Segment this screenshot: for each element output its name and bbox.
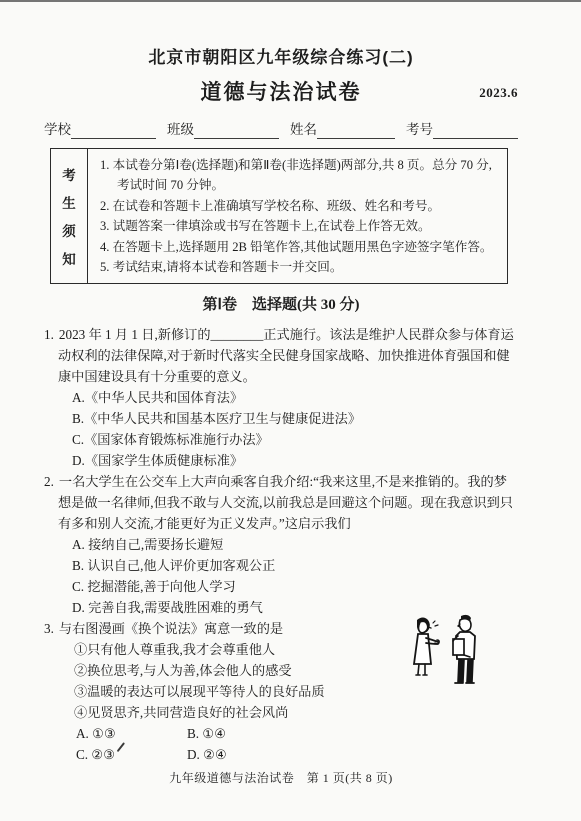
man-head	[459, 619, 471, 632]
question-2-options: A. 接纳自己,需要扬长避短 B. 认识自己,他人评价更加客观公正 C. 挖掘潜…	[72, 534, 518, 618]
page-footer: 九年级道德与法治试卷 第 1 页(共 8 页)	[44, 769, 518, 786]
question-stem-text: 2023 年 1 月 1 日,新修订的________正式施行。该法是维护人民群…	[58, 327, 514, 384]
choice-a: A. ①③	[76, 723, 187, 744]
notice-item: 4. 在答题卡上,选择题用 2B 铅笔作答,其他试题用黑色字迹签字笔作答。	[100, 237, 497, 257]
notice-items: 1. 本试卷分第Ⅰ卷(选择题)和第Ⅱ卷(非选择题)两部分,共 8 页。总分 70…	[88, 149, 507, 283]
section-title: 第Ⅰ卷 选择题(共 30 分)	[44, 296, 518, 315]
option-c: C. 挖掘潜能,善于向他人学习	[72, 576, 518, 597]
comic-two-people-illustration	[404, 612, 490, 692]
speech-marks	[433, 621, 438, 626]
class-field-label: 班级	[167, 121, 194, 139]
book	[453, 639, 464, 655]
notice-item: 3. 试题答案一律填涂或书写在答题卡上,在试卷上作答无效。	[100, 216, 497, 236]
question-2: 2.一名大学生在公交车上大声向乘客自我介绍:“我来这里,不是来推销的。我的梦想是…	[44, 471, 518, 618]
question-1: 1.2023 年 1 月 1 日,新修订的________正式施行。该法是维护人…	[44, 324, 518, 471]
exam-date: 2023.6	[479, 81, 518, 105]
notice-side-label: 考 生 须 知	[51, 149, 88, 283]
exam-number-blank-line	[433, 124, 518, 139]
choice-c: C. ②③	[76, 744, 187, 765]
school-field-label: 学校	[44, 121, 71, 139]
statement-4: ④见贤思齐,共同营造良好的社会风尚	[74, 702, 518, 723]
subject-title-row: 道德与法治试卷 2023.6	[44, 81, 518, 107]
notice-side-char: 知	[62, 248, 76, 268]
woman-legs	[416, 664, 427, 675]
option-b: B. 认识自己,他人评价更加客观公正	[72, 555, 518, 576]
notice-item: 1. 本试卷分第Ⅰ卷(选择题)和第Ⅱ卷(非选择题)两部分,共 8 页。总分 70…	[100, 155, 497, 196]
notice-side-char: 考	[62, 164, 76, 184]
option-b: B.《中华人民共和国基本医疗卫生与健康促进法》	[72, 408, 518, 429]
option-a: A.《中华人民共和国体育法》	[72, 387, 518, 408]
question-1-stem: 1.2023 年 1 月 1 日,新修订的________正式施行。该法是维护人…	[44, 324, 518, 387]
name-field-label: 姓名	[290, 121, 317, 139]
exam-title: 北京市朝阳区九年级综合练习(二)	[44, 48, 518, 68]
exam-number-field-label: 考号	[406, 121, 433, 139]
question-number: 3.	[44, 621, 54, 636]
question-number: 1.	[44, 327, 54, 342]
school-field: 学校	[44, 121, 156, 139]
man-trousers	[458, 659, 473, 682]
school-blank-line	[71, 124, 156, 139]
notice-item: 5. 考试结束,请将本试卷和答题卡一并交回。	[100, 257, 497, 277]
question-stem-text: 一名大学生在公交车上大声向乘客自我介绍:“我来这里,不是来推销的。我的梦想是做一…	[58, 474, 513, 531]
option-a: A. 接纳自己,需要扬长避短	[72, 534, 518, 555]
woman-mouth	[428, 627, 431, 628]
notice-side-char: 须	[62, 220, 76, 240]
exam-number-field: 考号	[406, 121, 518, 139]
option-c: C.《国家体育锻炼标准施行办法》	[72, 429, 518, 450]
choice-c-text: C. ②③	[76, 747, 115, 762]
question-stem-text: 与右图漫画《换个说法》寓意一致的是	[59, 621, 283, 636]
exam-page: 北京市朝阳区九年级综合练习(二) 道德与法治试卷 2023.6 学校 班级 姓名…	[0, 0, 581, 786]
notice-side-char: 生	[62, 192, 76, 212]
subject-title: 道德与法治试卷	[201, 81, 362, 104]
option-d: D.《国家学生体质健康标准》	[72, 450, 518, 471]
notice-item: 2. 在试卷和答题卡上准确填写学校名称、班级、姓名和考号。	[100, 196, 497, 216]
class-field: 班级	[167, 121, 279, 139]
examinee-notice-box: 考 生 须 知 1. 本试卷分第Ⅰ卷(选择题)和第Ⅱ卷(非选择题)两部分,共 8…	[50, 148, 508, 284]
question-3-stem: 3.与右图漫画《换个说法》寓意一致的是	[44, 618, 423, 639]
question-2-stem: 2.一名大学生在公交车上大声向乘客自我介绍:“我来这里,不是来推销的。我的梦想是…	[44, 471, 518, 534]
choice-b: B. ①④	[187, 723, 226, 744]
question-1-options: A.《中华人民共和国体育法》 B.《中华人民共和国基本医疗卫生与健康促进法》 C…	[72, 387, 518, 471]
class-blank-line	[194, 124, 279, 139]
name-blank-line	[317, 124, 395, 139]
name-field: 姓名	[290, 121, 395, 139]
handwritten-tick-mark	[117, 743, 125, 753]
student-info-row: 学校 班级 姓名 考号	[44, 121, 518, 139]
woman-head	[419, 622, 428, 633]
question-number: 2.	[44, 474, 54, 489]
question-3-choices: A. ①③ B. ①④ C. ②③ D. ②④	[76, 723, 518, 765]
choice-d: D. ②④	[187, 744, 227, 765]
question-3: 3.与右图漫画《换个说法》寓意一致的是 ①只有他人尊重我,我才会尊重他人 ②换位…	[44, 618, 518, 765]
choice-row: C. ②③ D. ②④	[76, 744, 518, 765]
scan-top-edge	[0, 0, 581, 2]
choice-row: A. ①③ B. ①④	[76, 723, 518, 744]
